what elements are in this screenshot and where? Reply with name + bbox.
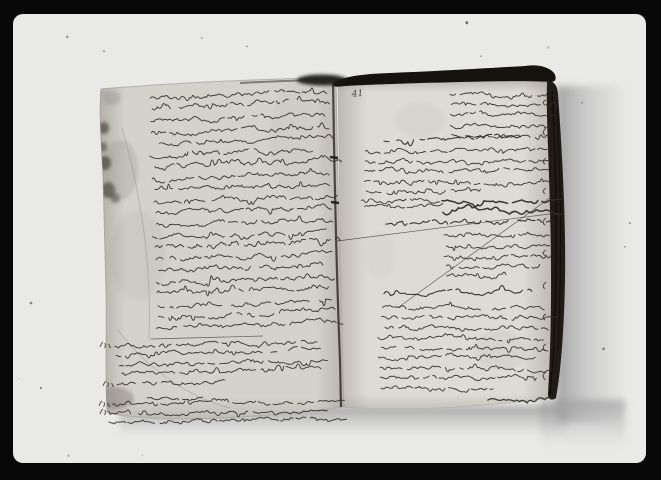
archival-photograph: 41 (0, 0, 661, 480)
stitch-knot (331, 202, 339, 203)
stitch-knot (330, 157, 338, 158)
folio-number: 41 (350, 89, 363, 100)
book: 41 (94, 65, 565, 424)
manuscript-photo-canvas: 41 (0, 0, 661, 480)
